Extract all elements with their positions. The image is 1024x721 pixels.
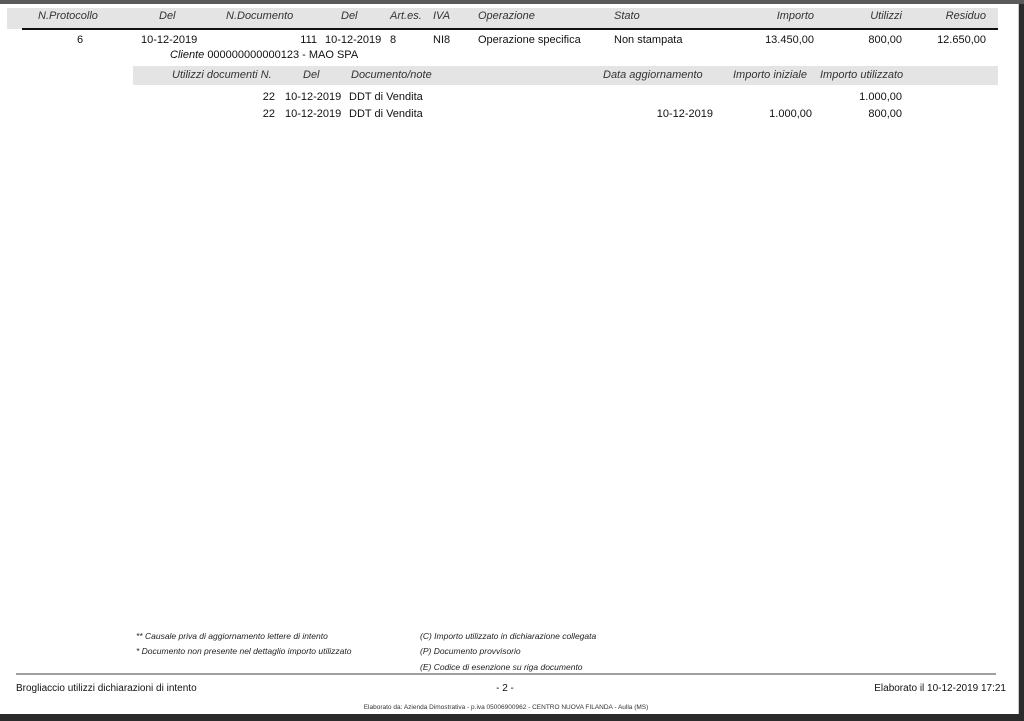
cell-residuo: 12.650,00 — [906, 34, 986, 46]
usage-cell-data-agg: 10-12-2019 — [620, 108, 713, 120]
legend-note: ** Causale priva di aggiornamento letter… — [136, 631, 328, 641]
usage-cell-note: DDT di Vendita — [349, 91, 423, 103]
footer-rule — [16, 673, 996, 675]
header-importo: Importo — [734, 10, 814, 22]
credits-line: Elaborato da: Azienda Dimostrativa - p.i… — [300, 704, 712, 711]
cell-importo: 13.450,00 — [734, 34, 814, 46]
cliente-line: Cliente 000000000000123 - MAO SPA — [170, 49, 358, 61]
usage-cell-del: 10-12-2019 — [285, 108, 341, 120]
usage-cell-note: DDT di Vendita — [349, 108, 423, 120]
report-title: Brogliaccio utilizzi dichiarazioni di in… — [16, 683, 197, 694]
usage-cell-importo-utilizzato: 1.000,00 — [820, 91, 902, 103]
cell-utilizzi: 800,00 — [822, 34, 902, 46]
usage-header-data-agg: Data aggiornamento — [603, 69, 703, 81]
usage-header-documento-n: Utilizzi documenti N. — [172, 69, 272, 81]
header-protocollo: N.Protocollo — [38, 10, 98, 22]
cell-iva: NI8 — [433, 34, 450, 46]
legend-note: (C) Importo utilizzato in dichiarazione … — [420, 631, 596, 641]
cell-del: 10-12-2019 — [141, 34, 197, 46]
cell-protocollo: 6 — [60, 34, 100, 46]
usage-cell-importo-utilizzato: 800,00 — [820, 108, 902, 120]
usage-cell-documento-n: 22 — [240, 91, 275, 103]
cell-art-es: 8 — [390, 34, 396, 46]
page-number: - 2 - — [470, 683, 540, 694]
usage-cell-documento-n: 22 — [240, 108, 275, 120]
header-operazione: Operazione — [478, 10, 535, 22]
cliente-value: 000000000000123 - MAO SPA — [207, 49, 358, 61]
cell-documento: 111 — [260, 34, 317, 46]
legend-note: (P) Documento provvisorio — [420, 646, 521, 656]
usage-header-del: Del — [303, 69, 320, 81]
main-table-header-rule — [22, 28, 998, 30]
usage-header-importo-utilizzato: Importo utilizzato — [820, 69, 903, 81]
header-utilizzi: Utilizzi — [822, 10, 902, 22]
legend-note: * Documento non presente nel dettaglio i… — [136, 646, 351, 656]
header-stato: Stato — [614, 10, 640, 22]
header-residuo: Residuo — [906, 10, 986, 22]
usage-cell-del: 10-12-2019 — [285, 91, 341, 103]
header-del: Del — [159, 10, 176, 22]
usage-header-note: Documento/note — [351, 69, 432, 81]
header-documento: N.Documento — [226, 10, 293, 22]
header-art-es: Art.es. — [390, 10, 422, 22]
usage-cell-importo-iniziale: 1.000,00 — [730, 108, 812, 120]
report-page: N.Protocollo Del N.Documento Del Art.es.… — [0, 4, 1019, 714]
cliente-label: Cliente — [170, 49, 204, 61]
generated-timestamp: Elaborato il 10-12-2019 17:21 — [800, 683, 1006, 694]
cell-doc-del: 10-12-2019 — [325, 34, 381, 46]
window-bottom-edge — [0, 714, 1024, 721]
header-iva: IVA — [433, 10, 450, 22]
cell-operazione: Operazione specifica — [478, 34, 581, 46]
legend-note: (E) Codice di esenzione su riga document… — [420, 662, 583, 672]
usage-header-importo-iniziale: Importo iniziale — [733, 69, 807, 81]
cell-stato: Non stampata — [614, 34, 682, 46]
header-doc-del: Del — [341, 10, 358, 22]
